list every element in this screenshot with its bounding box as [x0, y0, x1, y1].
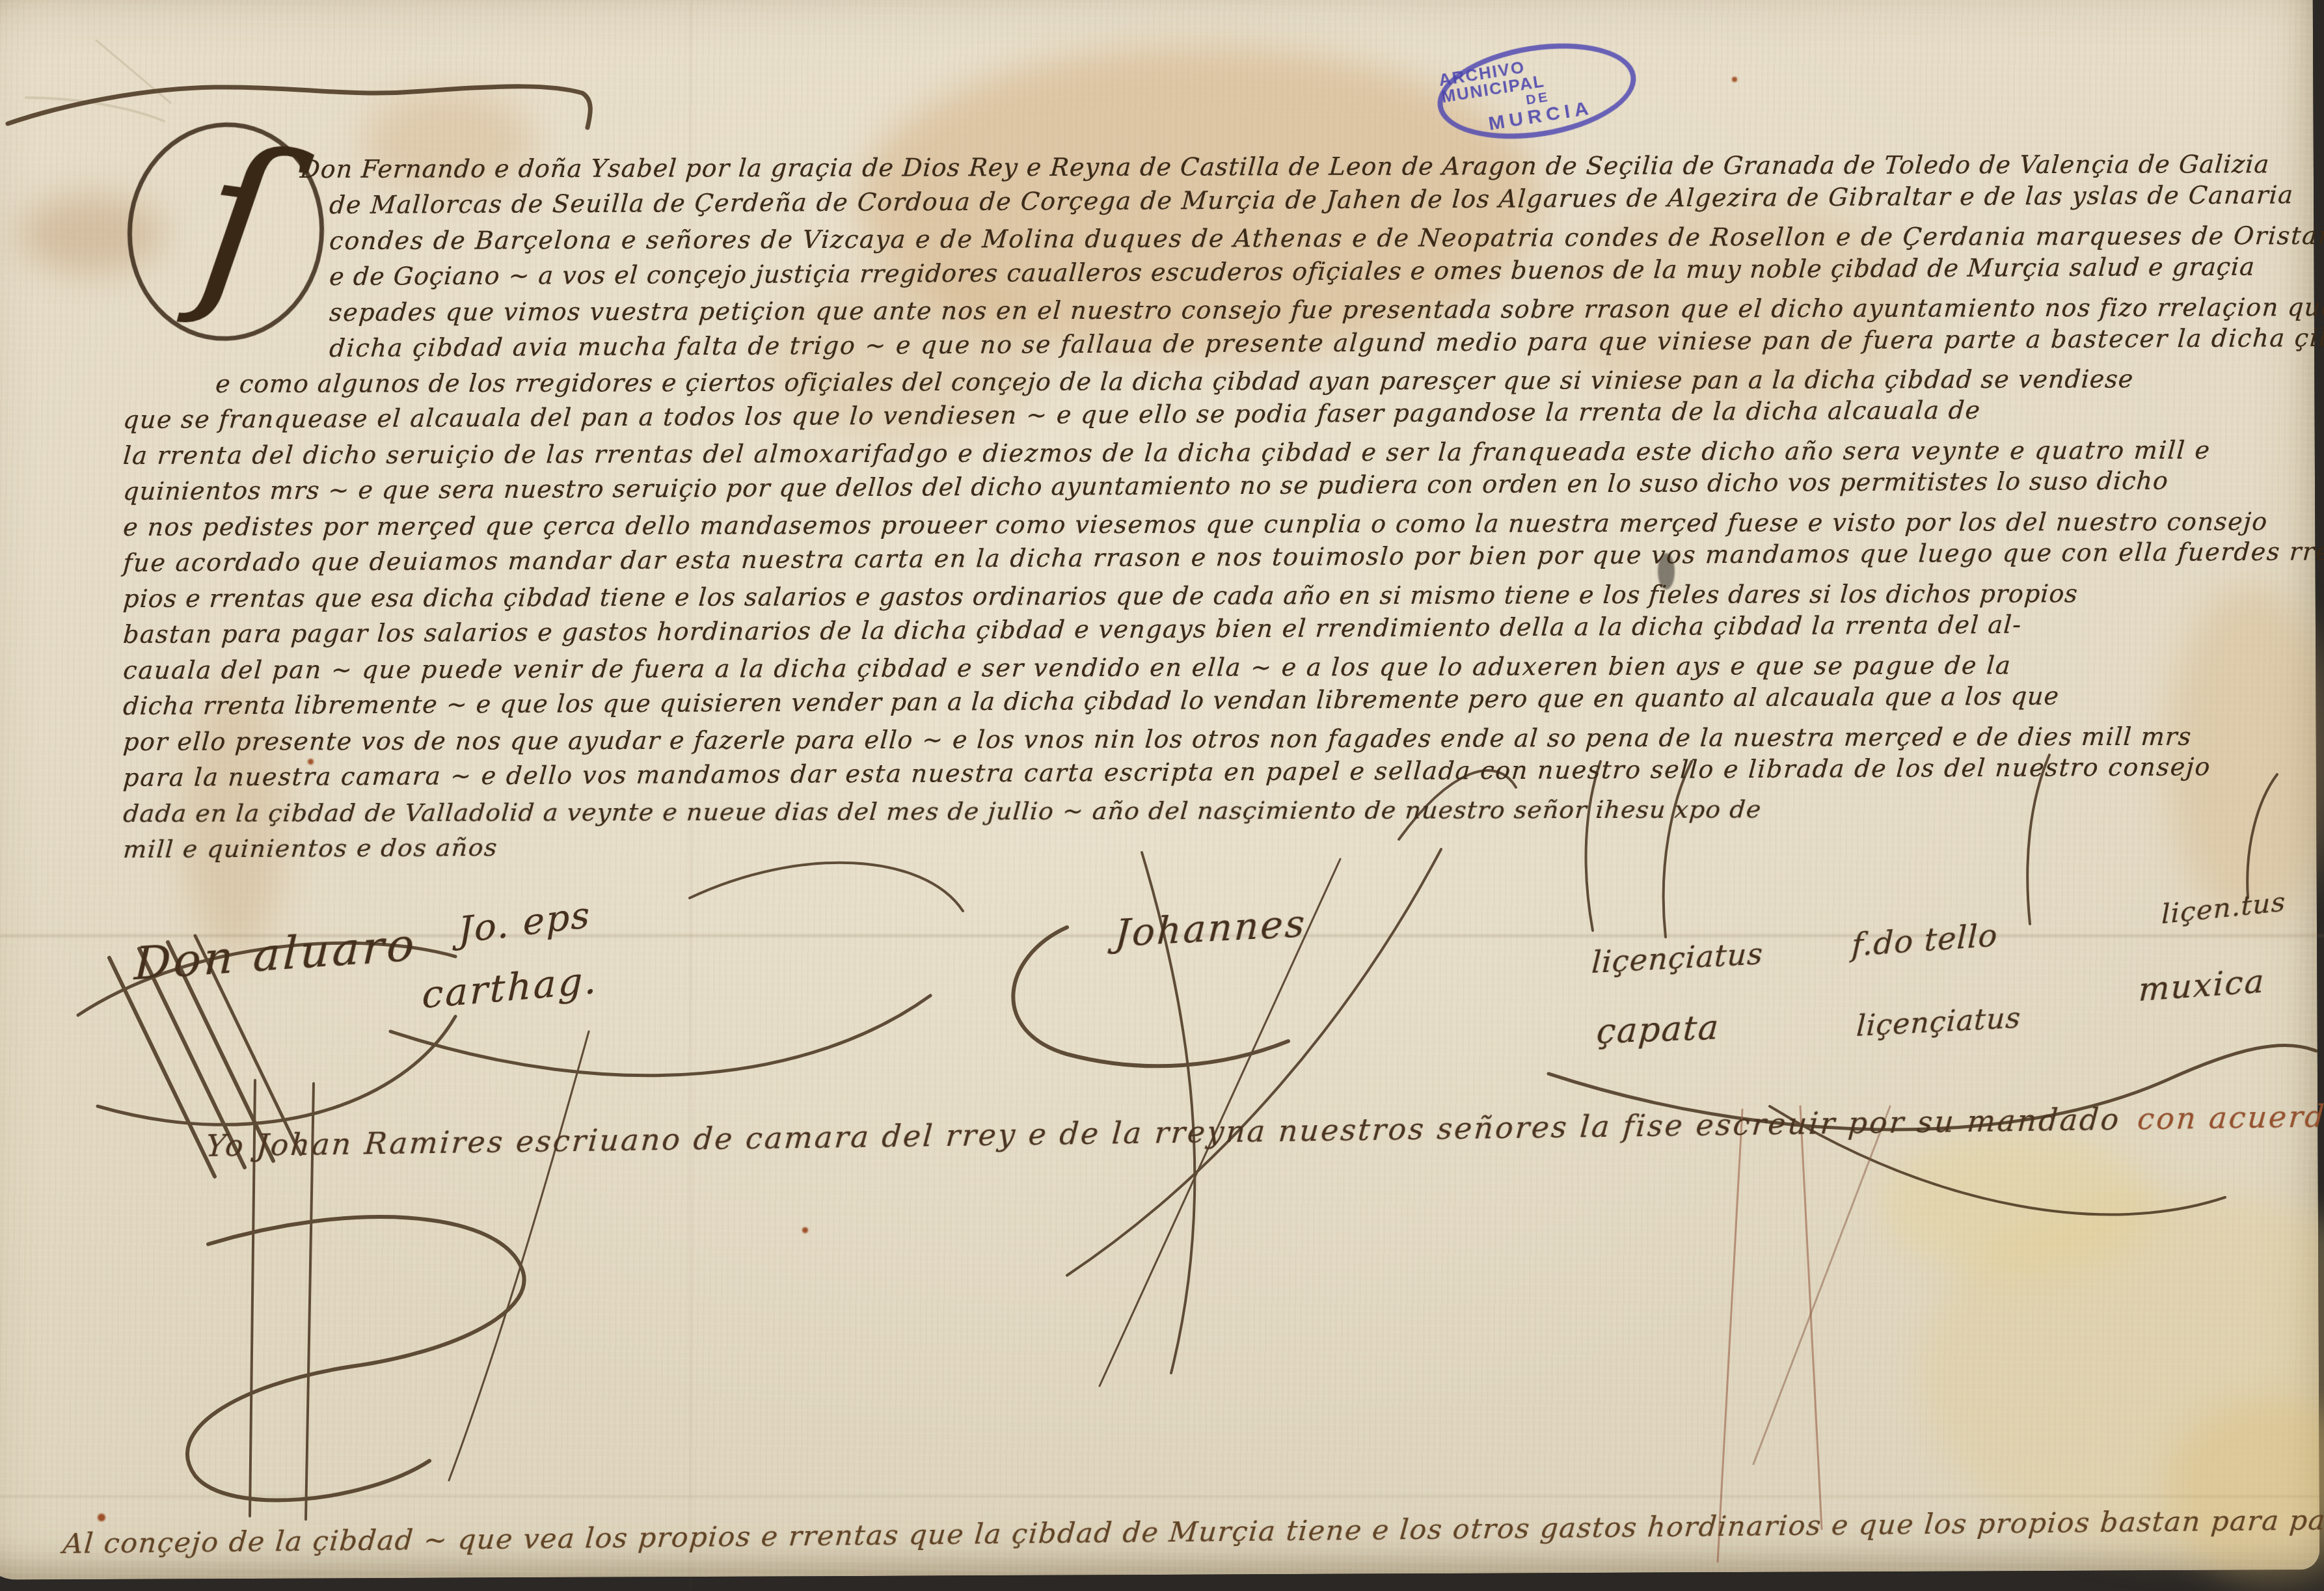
signature-4-line-2: çapata — [1595, 1008, 1721, 1052]
manuscript-line: dada en la çibdad de Valladolid a veynte… — [122, 796, 1763, 827]
manuscript-line: por ello presente vos de nos que ayudar … — [122, 724, 2193, 756]
manuscript-line: condes de Barçelona e señores de Vizcaya… — [329, 223, 2324, 255]
scan-background: ſ ARCHIVO MUNICIPAL DE MURCIA Don Fernan… — [0, 0, 2324, 1591]
manuscript-line: e como algunos de los rregidores e çiert… — [215, 366, 2135, 398]
manuscript-line: mill e quinientos e dos años — [122, 834, 498, 863]
manuscript-line: la rrenta del dicho seruiçio de las rren… — [122, 437, 2211, 470]
rust-speck-4 — [1732, 77, 1737, 82]
rust-speck-1 — [98, 1514, 105, 1521]
manuscript-line: e nos pedistes por merçed que çerca dell… — [122, 508, 2269, 541]
manuscript-line: sepades que vimos vuestra petiçion que a… — [329, 294, 2324, 327]
rust-speck-2 — [802, 1227, 808, 1233]
manuscript-line: pios e rrentas que esa dicha çibdad tien… — [122, 580, 2079, 613]
manuscript-line: Don Fernando e doña Ysabel por la graçia… — [299, 151, 2271, 184]
scribe-attestation-accent: con acuerdo — [2137, 1098, 2324, 1136]
manuscript-line: cauala del pan ~ que puede venir de fuer… — [122, 652, 2012, 684]
calligraphic-initial-glyph: ſ — [190, 120, 289, 323]
